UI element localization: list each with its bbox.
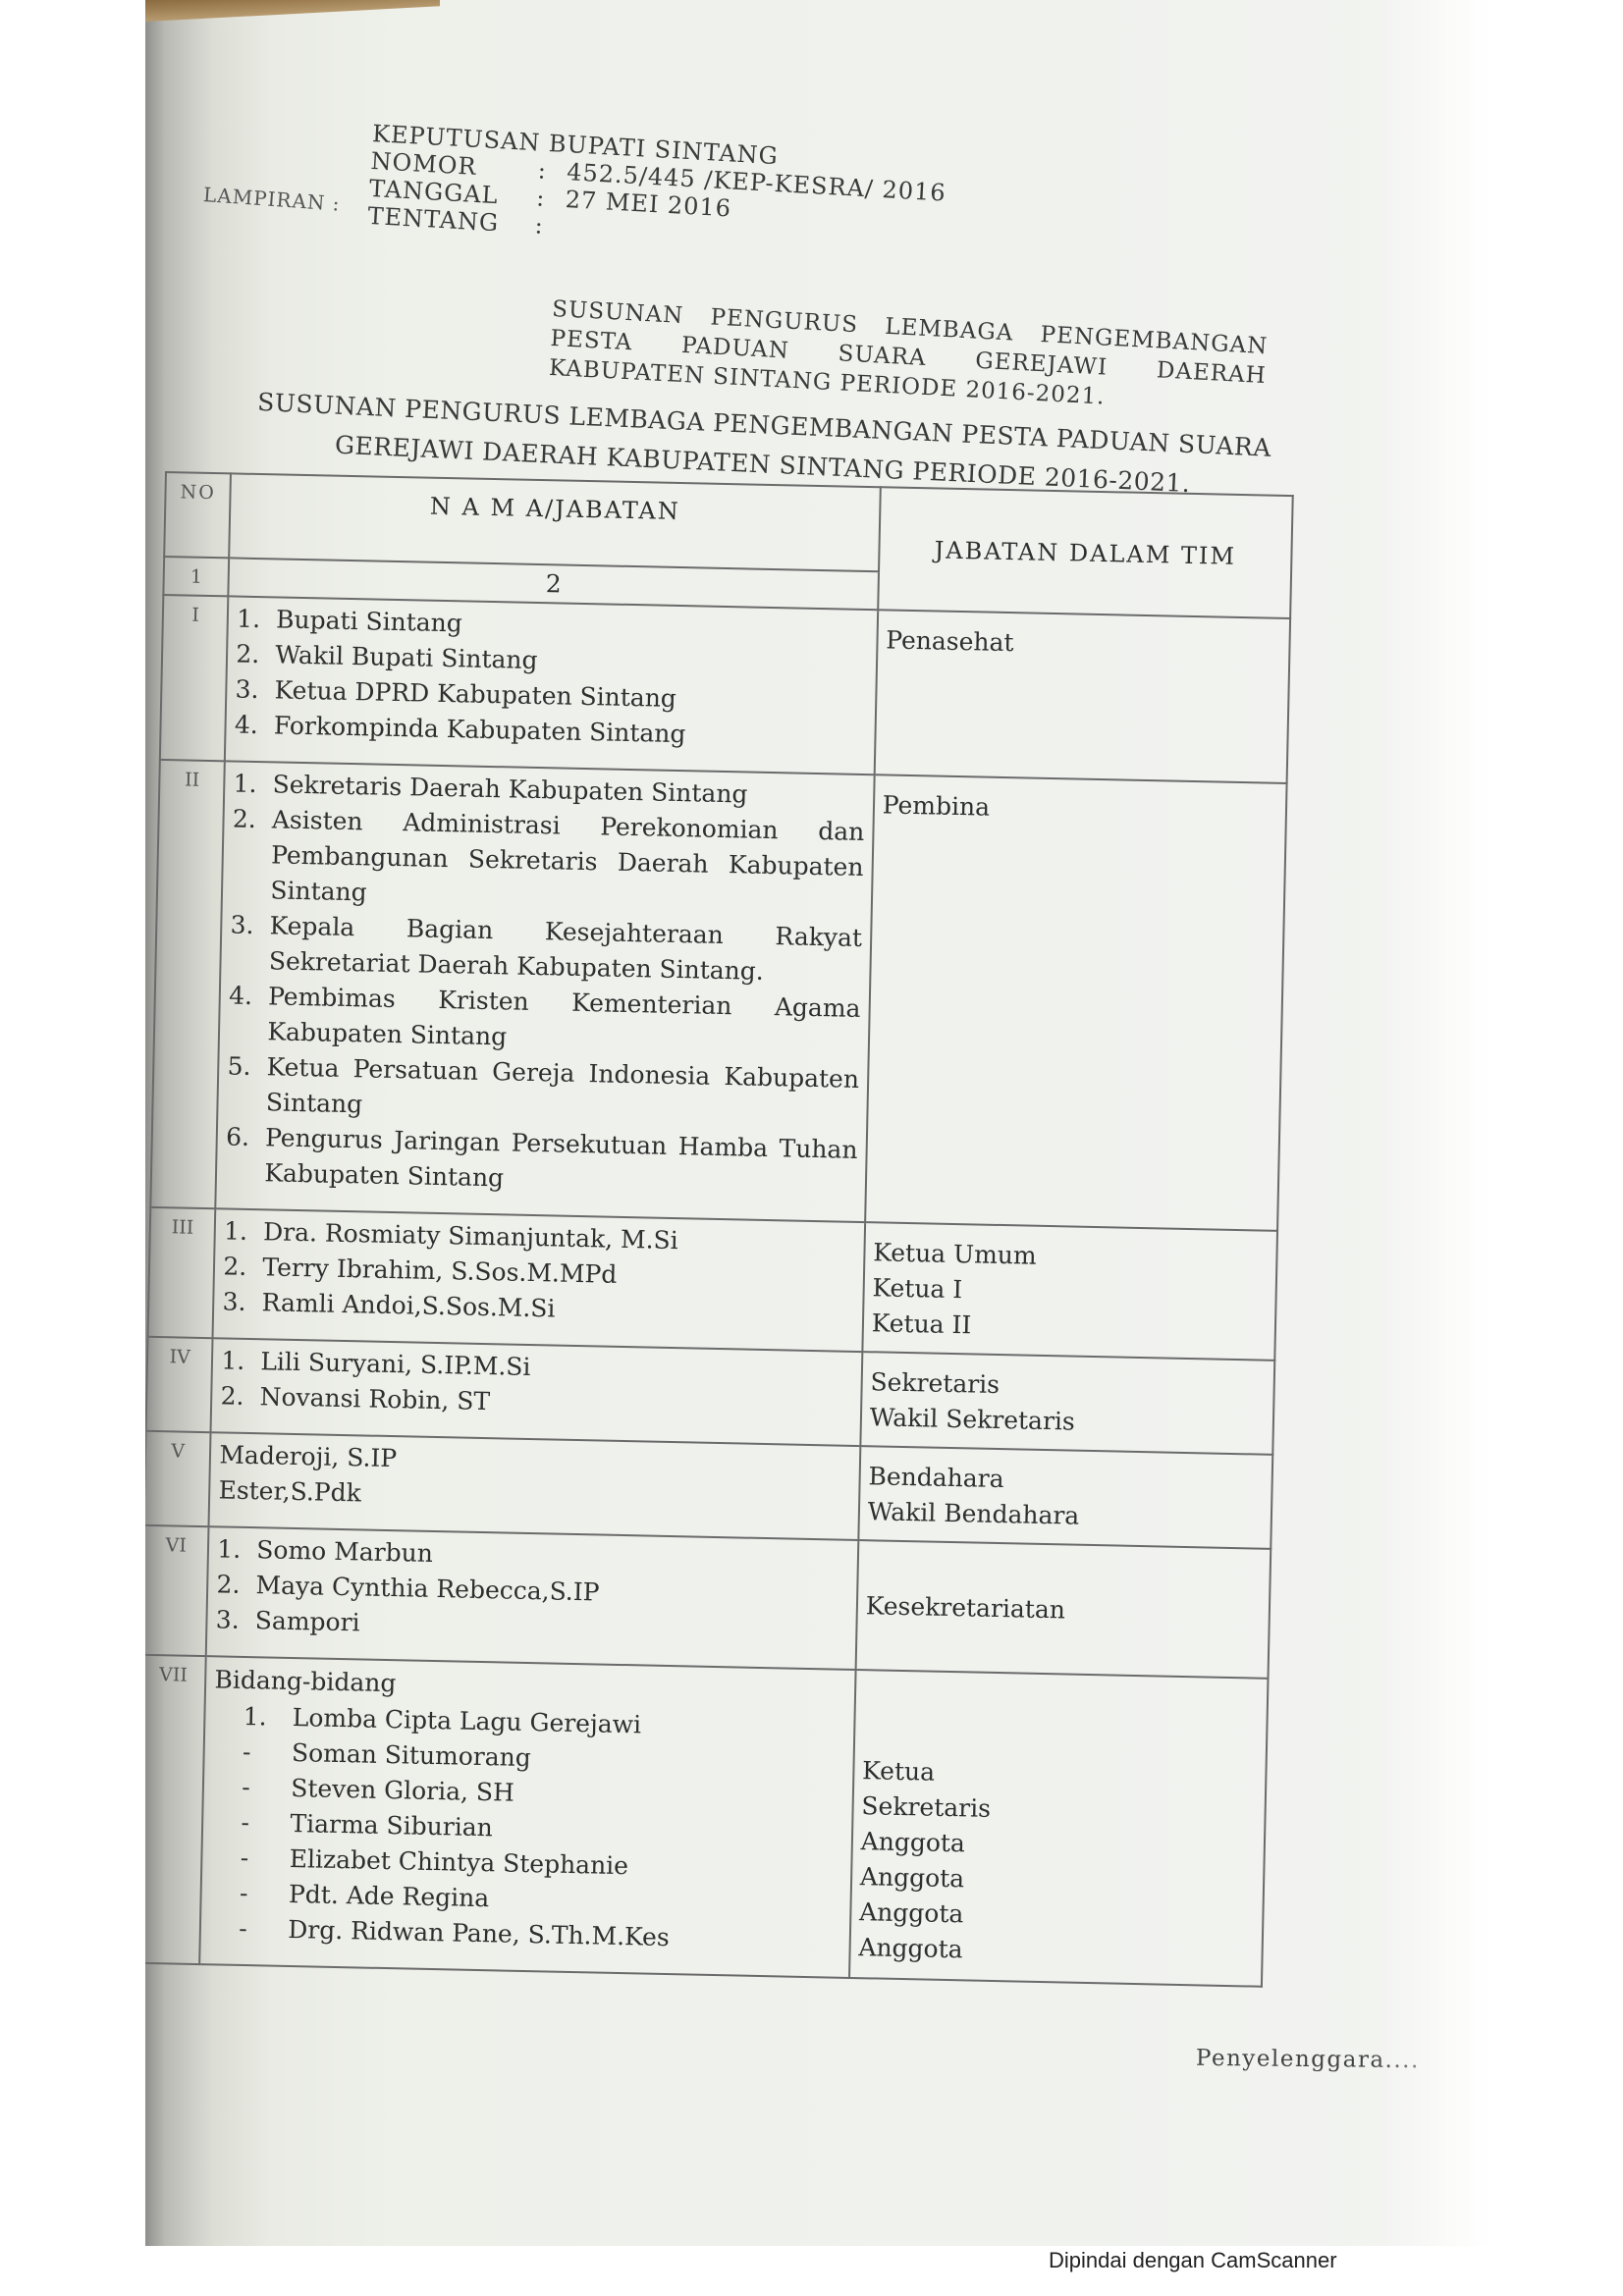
name-cell: 1.Sekretaris Daerah Kabupaten Sintang2.A… (216, 761, 875, 1222)
name-cell: 1.Bupati Sintang2.Wakil Bupati Sintang3.… (225, 596, 878, 774)
role-cell: KetuaSekretarisAnggotaAnggotaAnggotaAngg… (849, 1670, 1269, 1987)
row-number: II (150, 760, 225, 1208)
list-item: 5.Ketua Persatuan Gereja Indonesia Kabup… (227, 1048, 860, 1132)
role-label: Anggota (858, 1930, 1254, 1973)
list-item: 6.Pengurus Jaringan Persekutuan Hamba Tu… (225, 1119, 858, 1202)
role-cell: BendaharaWakil Bendahara (858, 1446, 1272, 1549)
row-number: VI (145, 1525, 209, 1656)
column-number: 1 (163, 557, 229, 596)
role-label: Wakil Sekretaris (869, 1400, 1265, 1443)
document-page: LAMPIRAN : KEPUTUSAN BUPATI SINTANG NOMO… (145, 0, 1492, 2246)
camscanner-watermark: Dipindai dengan CamScanner (1049, 2248, 1337, 2273)
committee-table: NO N A M A/JABATAN JABATAN DALAM TIM 1 2… (145, 471, 1294, 1988)
row-number: IV (146, 1337, 213, 1432)
row-number: V (145, 1431, 211, 1526)
table-row: III1.Dra. Rosmiaty Simanjuntak, M.Si2.Te… (148, 1207, 1278, 1361)
header-name: N A M A/JABATAN (230, 473, 881, 571)
role-label: Wakil Bendahara (867, 1494, 1263, 1537)
role-cell: SekretarisWakil Sekretaris (860, 1352, 1274, 1455)
role-cell: Ketua UmumKetua IKetua II (862, 1222, 1277, 1361)
row-number: III (148, 1207, 216, 1338)
role-label: Penasehat (886, 622, 1281, 666)
table-row: II1.Sekretaris Daerah Kabupaten Sintang2… (150, 760, 1286, 1231)
list-item: 3.Kepala Bagian Kesejahteraan Rakyat Sek… (230, 908, 863, 991)
role-label: Kesekretariatan (865, 1588, 1261, 1631)
name-cell: Bidang-bidang1.Lomba Cipta Lagu Gerejawi… (199, 1656, 855, 1978)
role-cell: Penasehat (874, 610, 1290, 783)
name-cell: 1.Dra. Rosmiaty Simanjuntak, M.Si2.Terry… (213, 1208, 865, 1352)
list-item: 4.Pembimas Kristen Kementerian Agama Kab… (228, 978, 861, 1061)
role-cell: Pembina (865, 774, 1287, 1231)
table-row: I1.Bupati Sintang2.Wakil Bupati Sintang3… (160, 595, 1290, 783)
name-cell: 1.Somo Marbun2.Maya Cynthia Rebecca,S.IP… (206, 1526, 858, 1670)
role-label: Pembina (882, 787, 1277, 830)
name-cell: 1.Lili Suryani, S.IP.M.Si2.Novansi Robin… (211, 1338, 862, 1446)
header-role: JABATAN DALAM TIM (878, 487, 1293, 618)
table-row: VIIBidang-bidang1.Lomba Cipta Lagu Gerej… (145, 1655, 1268, 1987)
row-number: VII (145, 1655, 206, 1964)
table-row: VI1.Somo Marbun2.Maya Cynthia Rebecca,S.… (145, 1525, 1271, 1679)
list-item: 2.Asisten Administrasi Perekonomian dan … (231, 802, 865, 921)
decree-header: KEPUTUSAN BUPATI SINTANG NOMOR : 452.5/4… (367, 120, 1285, 281)
role-label: Ketua II (871, 1306, 1267, 1349)
scanned-photo: LAMPIRAN : KEPUTUSAN BUPATI SINTANG NOMO… (145, 0, 1492, 2246)
name-cell: Maderoji, S.IPEster,S.Pdk (209, 1432, 860, 1540)
header-no: NO (164, 472, 231, 558)
lampiran-label: LAMPIRAN : (202, 183, 341, 216)
row-number: I (160, 595, 229, 761)
role-cell: Kesekretariatan (855, 1540, 1271, 1679)
